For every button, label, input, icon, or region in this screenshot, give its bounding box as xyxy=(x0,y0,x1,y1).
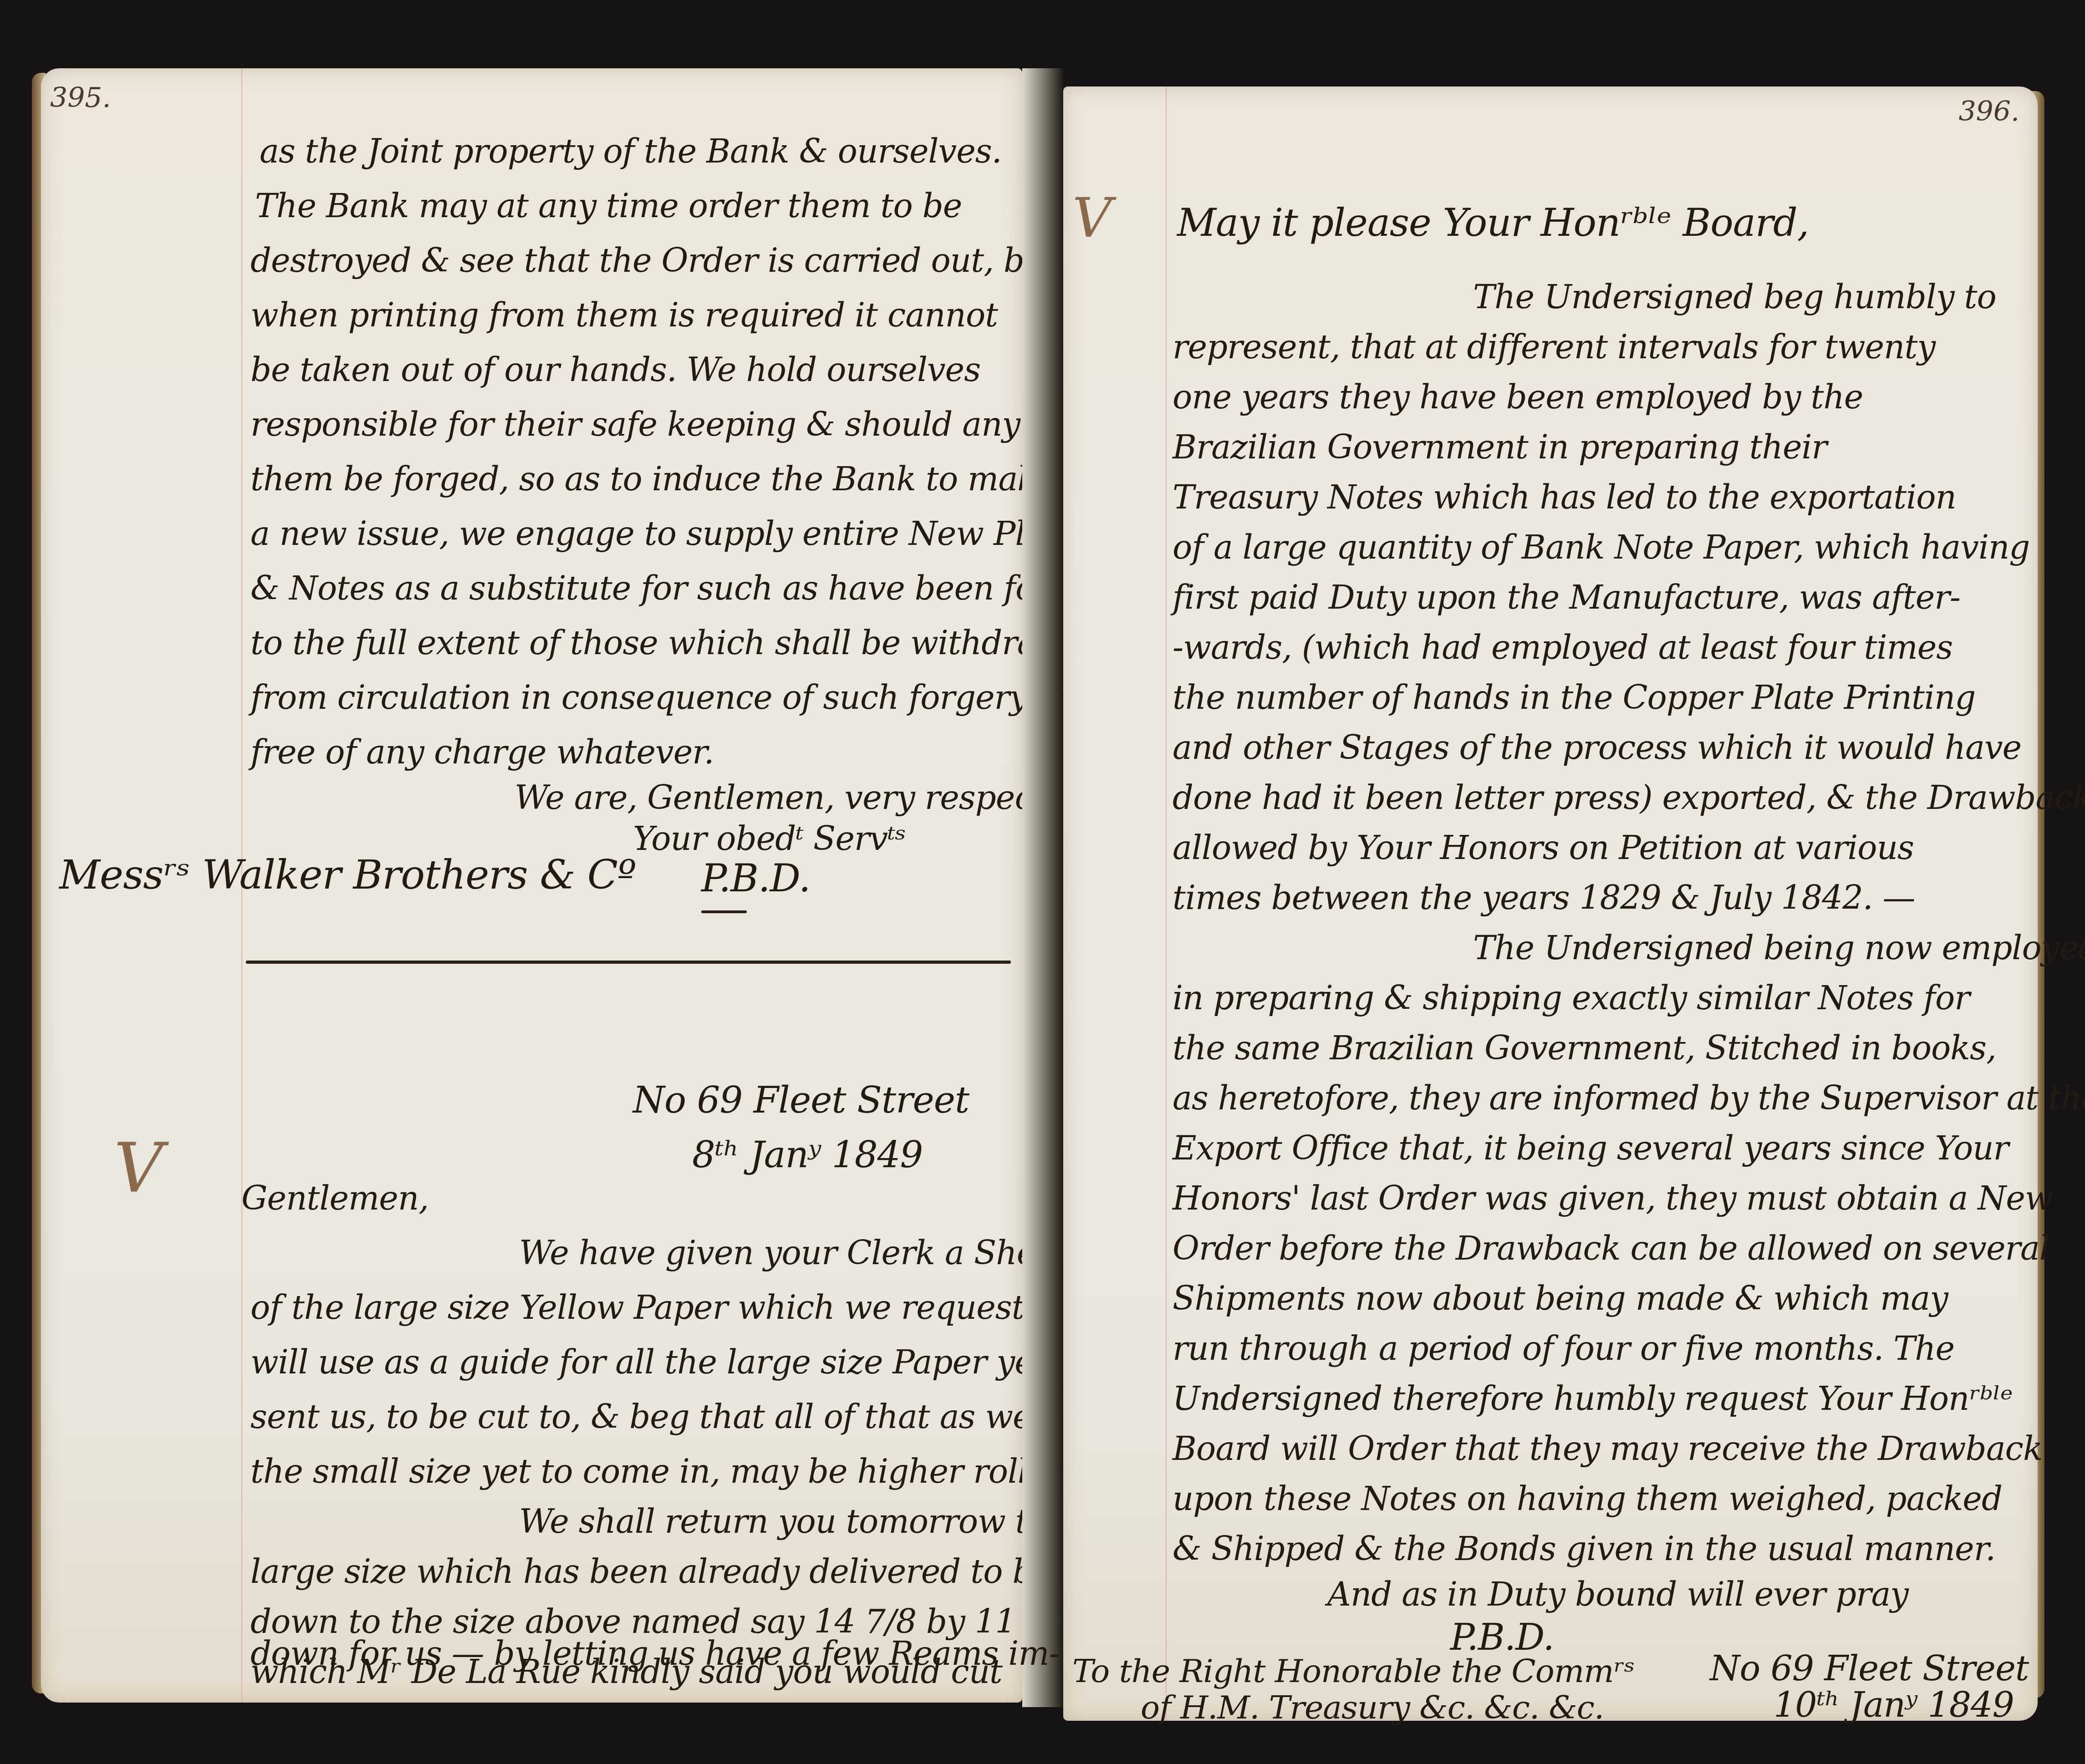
letter-date: 10ᵗʰ Janʸ 1849 xyxy=(1774,1684,2014,1725)
addressee: Messʳˢ Walker Brothers & Cº xyxy=(59,851,636,898)
text-line: The Undersigned beg humbly to xyxy=(1473,278,1996,316)
margin-rule xyxy=(1166,86,1167,1721)
flourish xyxy=(701,910,747,913)
text-line: in preparing & shipping exactly similar … xyxy=(1172,979,1970,1017)
check-mark-icon: V xyxy=(114,1129,163,1208)
text-line: Export Office that, it being several yea… xyxy=(1172,1129,2009,1167)
right-page: 396. V May it please Your Honʳᵇˡᵉ Board,… xyxy=(1063,86,2038,1721)
text-line: Treasury Notes which has led to the expo… xyxy=(1172,478,1956,516)
text-line: will use as a guide for all the large si… xyxy=(250,1343,1138,1381)
text-line: the number of hands in the Copper Plate … xyxy=(1172,678,1975,717)
text-line: when printing from them is required it c… xyxy=(250,296,998,334)
text-line: the same Brazilian Government, Stitched … xyxy=(1172,1029,1996,1067)
letter-date: 8ᵗʰ Janʸ 1849 xyxy=(692,1134,923,1176)
section-divider xyxy=(246,961,1011,964)
text-line: Undersigned therefore humbly request You… xyxy=(1172,1379,2013,1418)
sender-address: No 69 Fleet Street xyxy=(1710,1648,2029,1688)
text-line: down for us — by letting us have a few R… xyxy=(250,1634,1060,1672)
closing-line: And as in Duty bound will ever pray xyxy=(1327,1575,1908,1613)
text-line: and other Stages of the process which it… xyxy=(1172,728,2021,767)
text-line: large size which has been already delive… xyxy=(250,1552,1113,1591)
text-line: from circulation in consequence of such … xyxy=(250,678,1028,717)
text-line: as heretofore, they are informed by the … xyxy=(1172,1079,2085,1117)
text-line: & Notes as a substitute for such as have… xyxy=(250,569,1110,607)
text-line: We shall return you tomorrow the xyxy=(519,1502,1068,1540)
text-line: & Shipped & the Bonds given in the usual… xyxy=(1172,1530,1995,1568)
text-line: free of any charge whatever. xyxy=(250,733,714,771)
text-line: Brazilian Government in preparing their xyxy=(1172,428,1827,466)
text-line: run through a period of four or five mon… xyxy=(1172,1329,1954,1367)
text-line: of a large quantity of Bank Note Paper, … xyxy=(1172,528,2029,566)
text-line: Board will Order that they may receive t… xyxy=(1172,1429,2043,1468)
text-line: The Bank may at any time order them to b… xyxy=(255,187,962,225)
text-line: a new issue, we engage to supply entire … xyxy=(250,514,1092,553)
text-line: done had it been letter press) exported,… xyxy=(1172,778,2085,817)
text-line: allowed by Your Honors on Petition at va… xyxy=(1172,829,1914,867)
text-line: upon these Notes on having them weighed,… xyxy=(1172,1479,2002,1518)
salutation: Gentlemen, xyxy=(241,1179,428,1217)
text-line: Honors' last Order was given, they must … xyxy=(1172,1179,2053,1217)
text-line: -wards, (which had employed at least fou… xyxy=(1172,628,1952,666)
text-line: responsible for their safe keeping & sho… xyxy=(250,405,1061,443)
signature: P.B.D. xyxy=(701,856,811,900)
text-line: one years they have been employed by the xyxy=(1172,378,1863,416)
book-gutter xyxy=(1022,68,1063,1707)
addressee: of H.M. Treasury &c. &c. &c. xyxy=(1141,1689,1604,1726)
text-line: as the Joint property of the Bank & ours… xyxy=(260,132,1002,170)
text-line: represent, that at different intervals f… xyxy=(1172,328,1935,366)
text-line: them be forged, so as to induce the Bank… xyxy=(250,460,1056,498)
salutation: May it please Your Honʳᵇˡᵉ Board, xyxy=(1177,200,1809,245)
text-line: The Undersigned being now employed xyxy=(1473,929,2085,967)
text-line: sent us, to be cut to, & beg that all of… xyxy=(250,1398,1097,1436)
check-mark-icon: V xyxy=(1072,187,1112,250)
text-line: We have given your Clerk a Sheet xyxy=(519,1234,1067,1272)
text-line: the small size yet to come in, may be hi… xyxy=(250,1452,1077,1490)
text-line: be taken out of our hands. We hold ourse… xyxy=(250,351,980,389)
sender-address: No 69 Fleet Street xyxy=(633,1079,969,1121)
text-line: Order before the Drawback can be allowed… xyxy=(1172,1229,2049,1267)
page-number: 395. xyxy=(50,82,111,114)
text-line: Shipments now about being made & which m… xyxy=(1172,1279,1948,1317)
text-line: to the full extent of those which shall … xyxy=(250,624,1085,662)
text-line: first paid Duty upon the Manufacture, wa… xyxy=(1172,578,1960,616)
addressee: To the Right Honorable the Commʳˢ xyxy=(1072,1652,1635,1690)
text-line: destroyed & see that the Order is carrie… xyxy=(250,241,1057,280)
page-number: 396. xyxy=(1958,96,2019,127)
closing-line: Your obedᵗ Servᵗˢ xyxy=(633,819,906,858)
text-line: of the large size Yellow Paper which we … xyxy=(250,1288,1092,1327)
text-line: times between the years 1829 & July 1842… xyxy=(1172,879,1915,917)
left-page: 395. as the Joint property of the Bank &… xyxy=(41,68,1022,1703)
